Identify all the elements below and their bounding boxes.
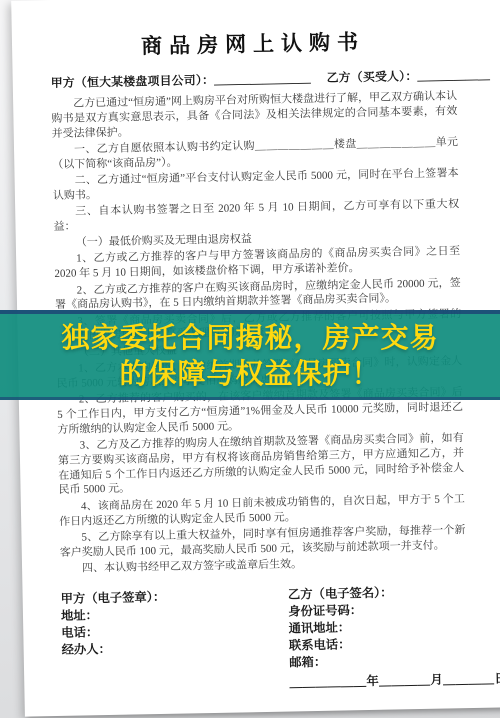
party-b-email-label: 邮箱： bbox=[289, 650, 500, 671]
document-title: 商品房网上认购书 bbox=[50, 24, 457, 62]
signature-party-a: 甲方（电子签章）： 地址： 电话： 经办人： bbox=[61, 586, 290, 695]
signature-party-b: 乙方（电子签名）： 身份证号码： 通讯地址： 联系电话： 邮箱： ＿＿＿＿＿＿年… bbox=[288, 582, 500, 691]
clause-paragraph: 乙方已通过“恒房通”网上购房平台对所购恒大楼盘进行了解，甲乙双方确认本认购书是双… bbox=[51, 89, 458, 141]
party-a-agent-label: 经办人： bbox=[61, 637, 289, 658]
overlay-banner: 独家委托合同揭秘，房产交易 的保障与权益保护！ bbox=[0, 310, 500, 400]
clause-paragraph: 3、乙方及乙方推荐的购房人在缴纳首期款及签署《商品房买卖合同》前，如有第三方要购… bbox=[58, 431, 465, 498]
signature-section: 甲方（电子签章）： 地址： 电话： 经办人： 乙方（电子签名）： 身份证号码： … bbox=[61, 583, 469, 696]
photo-backdrop: 商品房网上认购书 甲方（恒大某楼盘项目公司）：＿＿＿＿＿＿＿＿ 乙方（买受人）：… bbox=[0, 0, 500, 718]
date-line: ＿＿＿＿＿＿年＿＿＿＿月＿＿＿＿日 bbox=[290, 670, 500, 691]
banner-headline-line2: 的保障与权益保护！ bbox=[119, 357, 380, 391]
banner-headline-line1: 独家委托合同揭秘，房产交易 bbox=[61, 321, 438, 355]
party-line: 甲方（恒大某楼盘项目公司）：＿＿＿＿＿＿＿＿ 乙方（买受人）：＿＿＿＿＿＿ bbox=[51, 66, 457, 91]
